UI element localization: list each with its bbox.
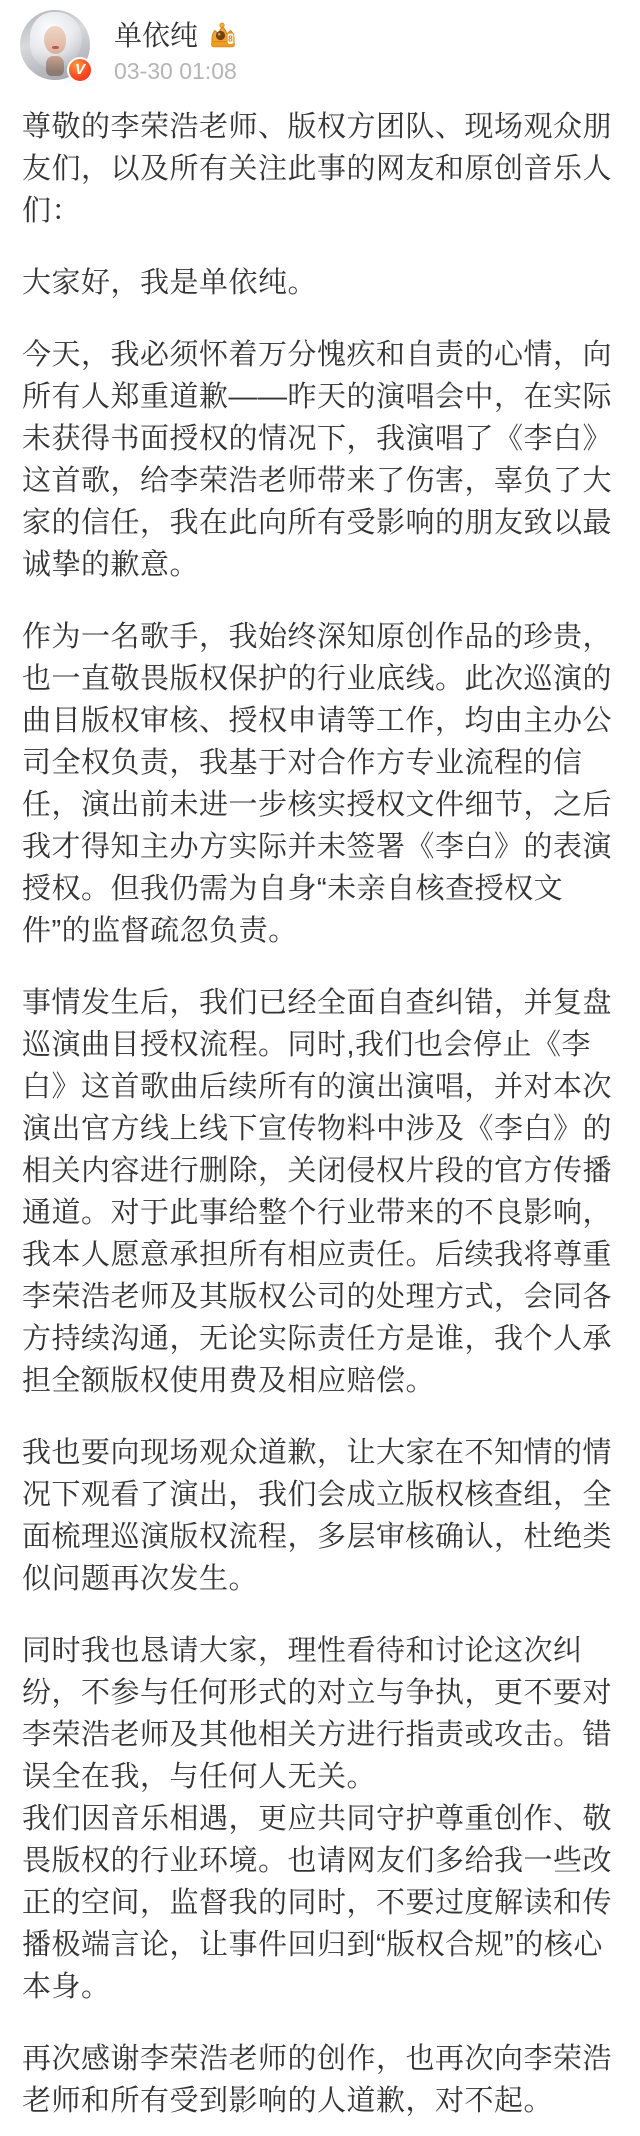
username[interactable]: 单依纯 <box>114 20 198 52</box>
paragraph-remedies: 事情发生后，我们已经全面自查纠错，并复盘巡演曲目授权流程。同时,我们也会停止《李… <box>22 982 618 1402</box>
post-header: V 单依纯 8 03-30 01:08 <box>0 0 640 84</box>
verified-icon: V <box>67 57 93 83</box>
timestamp: 03-30 01:08 <box>114 58 238 84</box>
paragraph-appeal: 同时我也恳请大家，理性看待和讨论这次纠纷，不参与任何形式的对立与争执，更不要对李… <box>22 1630 618 2008</box>
post-body: 尊敬的李荣浩老师、版权方团队、现场观众朋友们，以及所有关注此事的网友和原创音乐人… <box>0 106 640 2122</box>
paragraph-apology: 今天，我必须怀着万分愧疚和自责的心情，向所有人郑重道歉——昨天的演唱会中，在实际… <box>22 334 618 586</box>
avatar-neck-art <box>46 56 64 76</box>
paragraph-text: 我们因音乐相遇，更应共同守护尊重创作、敬畏版权的行业环境。也请网友们多给我一些改… <box>22 1798 618 2008</box>
avatar-lips-art <box>52 46 59 49</box>
paragraph-explanation: 作为一名歌手，我始终深知原创作品的珍贵，也一直敬畏版权保护的行业底线。此次巡演的… <box>22 616 618 952</box>
paragraph-text: 再次感谢李荣浩老师的创作，也再次向李荣浩老师和所有受到影响的人道歉，对不起。 <box>22 2038 618 2122</box>
paragraph-text: 大家好，我是单依纯。 <box>22 262 618 304</box>
paragraph-text: 事情发生后，我们已经全面自查纠错，并复盘巡演曲目授权流程。同时,我们也会停止《李… <box>22 982 618 1402</box>
avatar[interactable]: V <box>20 10 90 80</box>
author-block: 单依纯 8 03-30 01:08 <box>114 10 238 84</box>
paragraph-greeting: 大家好，我是单依纯。 <box>22 262 618 304</box>
paragraph-text: 今天，我必须怀着万分愧疚和自责的心情，向所有人郑重道歉——昨天的演唱会中，在实际… <box>22 334 618 586</box>
paragraph-text: 作为一名歌手，我始终深知原创作品的珍贵，也一直敬畏版权保护的行业底线。此次巡演的… <box>22 616 618 952</box>
paragraph-audience-apology: 我也要向现场观众道歉，让大家在不知情的情况下观看了演出，我们会成立版权核查组，全… <box>22 1432 618 1600</box>
paragraph-text: 我也要向现场观众道歉，让大家在不知情的情况下观看了演出，我们会成立版权核查组，全… <box>22 1432 618 1600</box>
paragraph-salutation: 尊敬的李荣浩老师、版权方团队、现场观众朋友们，以及所有关注此事的网友和原创音乐人… <box>22 106 618 232</box>
paragraph-text: 尊敬的李荣浩老师、版权方团队、现场观众朋友们，以及所有关注此事的网友和原创音乐人… <box>22 106 618 232</box>
avatar-face-art <box>44 26 66 54</box>
paragraph-text: 同时我也恳请大家，理性看待和讨论这次纠纷，不参与任何形式的对立与争执，更不要对李… <box>22 1630 618 1798</box>
vip-crown-icon: 8 <box>208 22 238 50</box>
vip-level-number: 8 <box>228 35 233 44</box>
paragraph-closing: 再次感谢李荣浩老师的创作，也再次向李荣浩老师和所有受到影响的人道歉，对不起。 <box>22 2038 618 2122</box>
weibo-post: V 单依纯 8 03-30 01:08 尊敬的李荣浩老师、版权方团队、现场观众朋… <box>0 0 640 2136</box>
